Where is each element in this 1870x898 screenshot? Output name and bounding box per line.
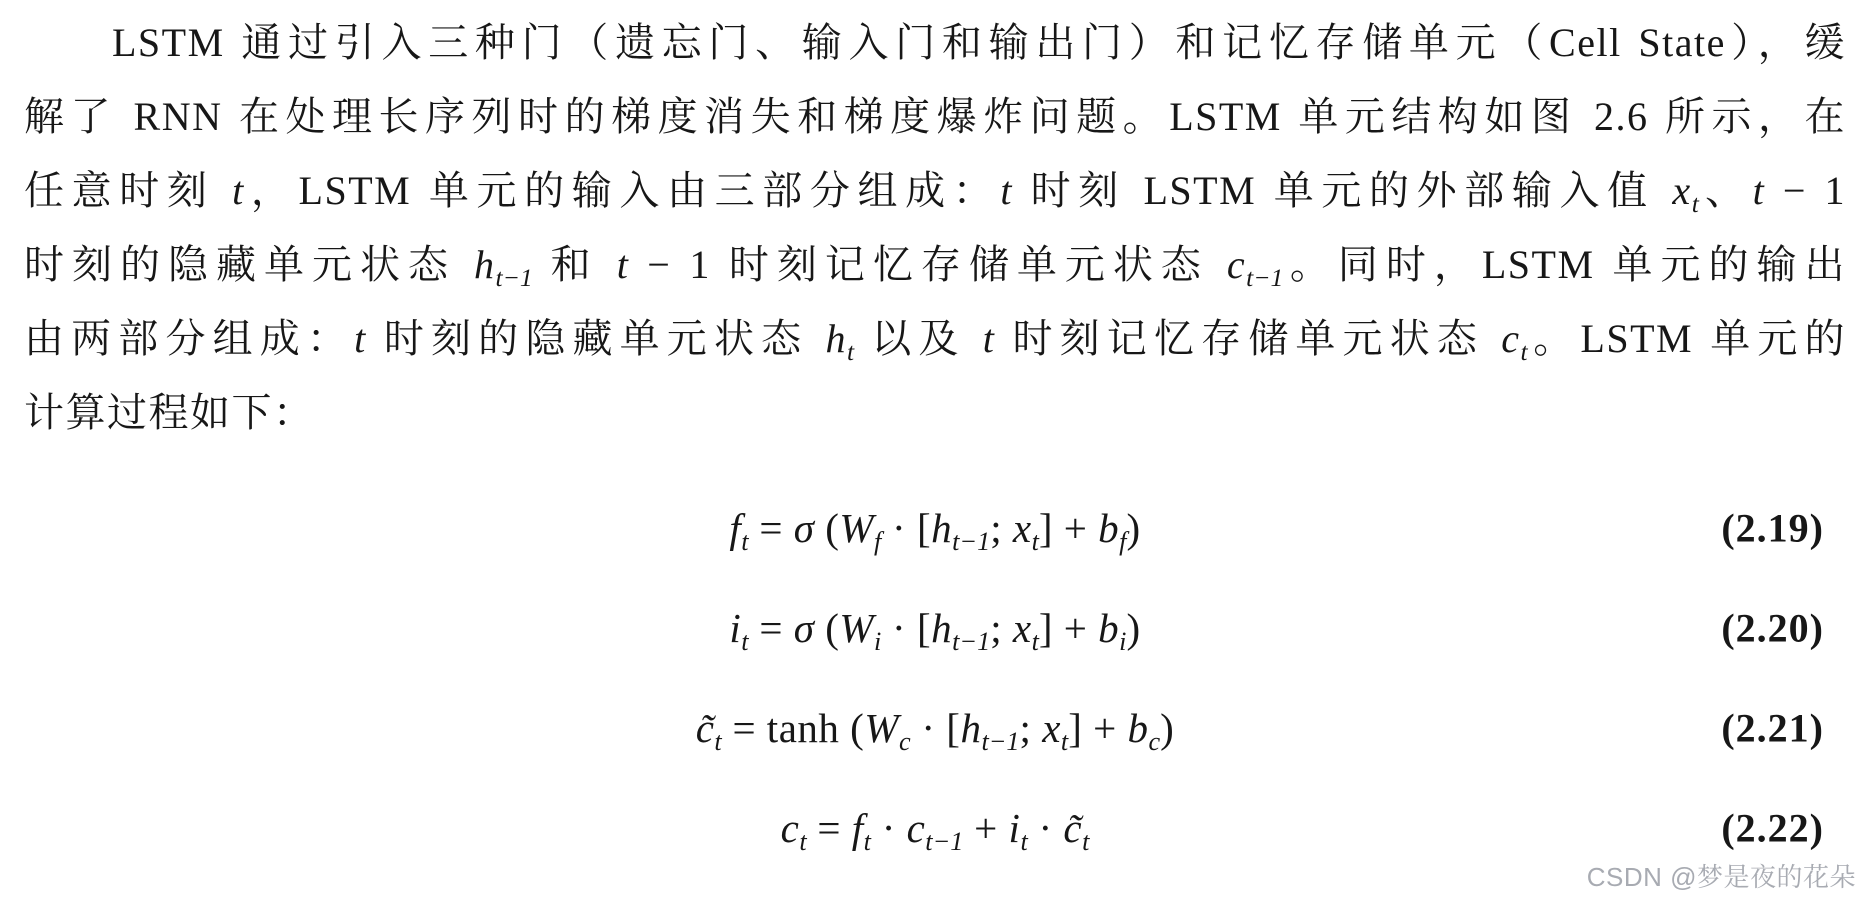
paragraph-line-6: 计算过程如下： <box>24 376 1846 450</box>
body-paragraph: LSTM 通过引入三种门（遗忘门、输入门和输出门）和记忆存储单元（Cell St… <box>24 6 1846 450</box>
equation-row-input-gate: it = σ (Wi · [ht−1; xt] + bi) (2.20) <box>24 578 1846 678</box>
equation-row-forget-gate: ft = σ (Wf · [ht−1; xt] + bf) (2.19) <box>24 478 1846 578</box>
paragraph-line-5: 由两部分组成：t 时刻的隐藏单元状态 ht 以及 t 时刻记忆存储单元状态 ct… <box>24 302 1846 376</box>
watermark: CSDN @梦是夜的花朵 <box>1587 857 1856 894</box>
equation-number-2-21: (2.21) <box>1721 705 1824 752</box>
equation-row-cell-state: ct = ft · ct−1 + it · c̃t (2.22) <box>24 778 1846 878</box>
equation-row-candidate-state: c̃t = tanh (Wc · [ht−1; xt] + bc) (2.21) <box>24 678 1846 778</box>
equation-candidate-state: c̃t = tanh (Wc · [ht−1; xt] + bc) <box>696 704 1175 752</box>
paragraph-line-2: 解了 RNN 在处理长序列时的梯度消失和梯度爆炸问题。LSTM 单元结构如图 2… <box>24 80 1846 154</box>
equation-input-gate: it = σ (Wi · [ht−1; xt] + bi) <box>729 604 1140 652</box>
equation-number-2-19: (2.19) <box>1721 505 1824 552</box>
paragraph-line-3: 任意时刻 t，LSTM 单元的输入由三部分组成：t 时刻 LSTM 单元的外部输… <box>24 154 1846 228</box>
equation-number-2-22: (2.22) <box>1721 805 1824 852</box>
paragraph-line-1: LSTM 通过引入三种门（遗忘门、输入门和输出门）和记忆存储单元（Cell St… <box>24 6 1846 80</box>
equation-forget-gate: ft = σ (Wf · [ht−1; xt] + bf) <box>729 504 1140 552</box>
paragraph-line-4: 时刻的隐藏单元状态 ht−1 和 t − 1 时刻记忆存储单元状态 ct−1。同… <box>24 228 1846 302</box>
equations-block: ft = σ (Wf · [ht−1; xt] + bf) (2.19) it … <box>24 478 1846 878</box>
equation-cell-state: ct = ft · ct−1 + it · c̃t <box>781 804 1090 852</box>
document-page: LSTM 通过引入三种门（遗忘门、输入门和输出门）和记忆存储单元（Cell St… <box>0 0 1870 898</box>
equation-number-2-20: (2.20) <box>1721 605 1824 652</box>
